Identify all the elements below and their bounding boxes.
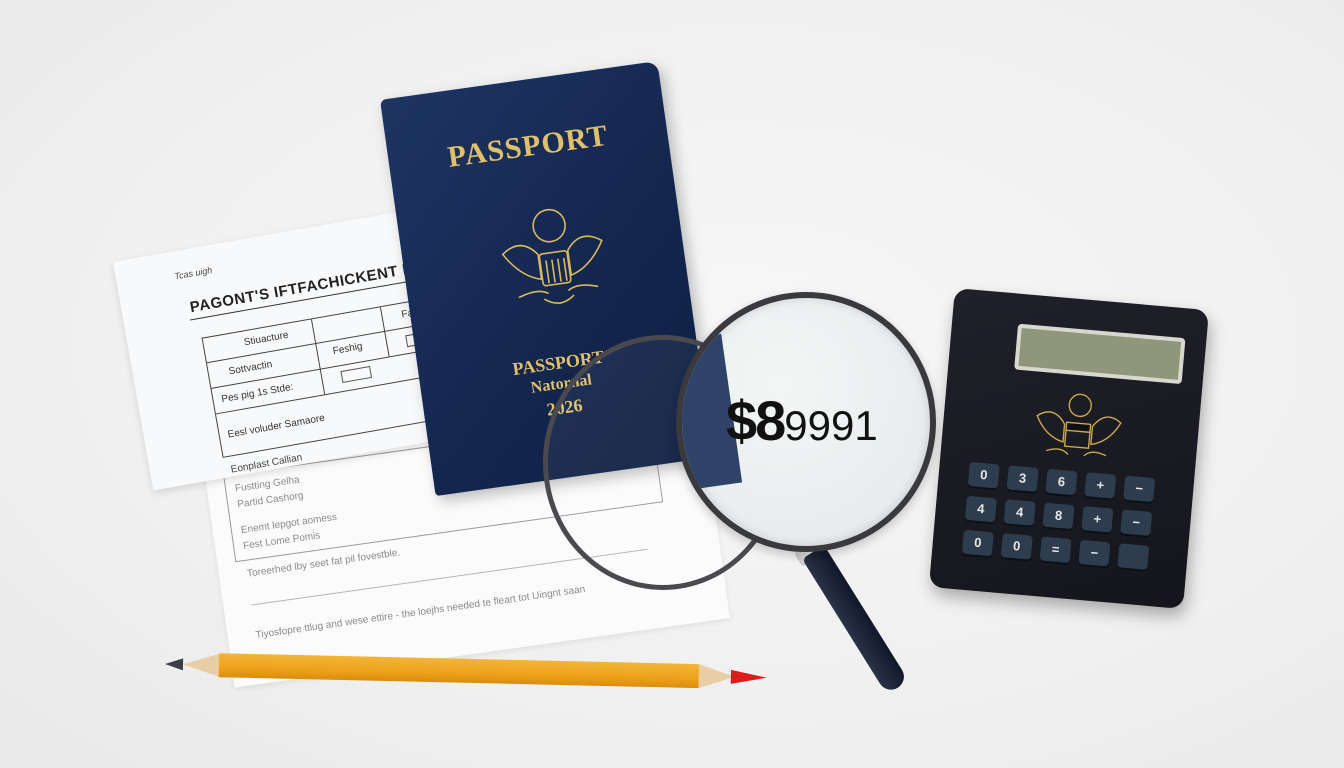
calc-key[interactable]: = [1040, 536, 1072, 563]
calculator-keypad: 0 3 6 + − 4 4 8 + − 0 0 = − [962, 462, 1155, 570]
calc-key[interactable]: − [1123, 476, 1155, 503]
form-checkbox[interactable] [340, 366, 372, 383]
eagle-seal-icon [1025, 383, 1132, 471]
magnified-price: $89991 [726, 388, 878, 453]
back-form-line: Tiyosfopre ttlug and wese ettire - the l… [255, 584, 586, 641]
table-row-label: Sottvactin [228, 359, 273, 377]
table-rule [311, 319, 325, 394]
pencil-red-tip [731, 670, 767, 685]
pencil-body [219, 653, 699, 688]
calc-key[interactable]: − [1078, 540, 1110, 567]
price-rest: 9991 [784, 402, 877, 449]
calc-key[interactable]: − [1120, 509, 1152, 536]
calculator: 0 3 6 + − 4 4 8 + − 0 0 = − [929, 288, 1209, 609]
pencil-graphite-tip [165, 658, 183, 670]
calc-key[interactable]: 4 [1004, 499, 1036, 526]
form-small-label: Tcas uigh [174, 265, 213, 281]
pencil-wood [699, 664, 736, 689]
passport-title: PASSPORT [387, 111, 669, 184]
magnifier-lens: $89991 [676, 292, 936, 552]
calc-key[interactable]: 4 [965, 496, 997, 523]
calc-key[interactable]: 8 [1043, 503, 1075, 530]
calc-key[interactable]: 0 [1001, 533, 1033, 560]
calc-key[interactable]: + [1081, 506, 1113, 533]
price-bold: $8 [726, 389, 784, 452]
table-row-label: Eesl voluder Samaore [227, 413, 326, 441]
magnifier-handle [802, 545, 909, 694]
calc-key[interactable]: 0 [962, 530, 994, 557]
calc-key[interactable]: + [1084, 472, 1116, 499]
table-subheader: Feshig [332, 341, 363, 357]
eagle-seal-icon [486, 190, 622, 326]
calc-key[interactable]: 0 [968, 462, 1000, 489]
table-header-left: Stiuacture [243, 330, 289, 349]
pencil [165, 650, 771, 694]
calc-key[interactable] [1117, 543, 1149, 570]
scene: Fustting Gelha Partid Cashorg Enemt lepg… [0, 0, 1344, 768]
calculator-display [1014, 324, 1185, 384]
calc-key[interactable]: 6 [1046, 469, 1078, 496]
pencil-wood [183, 652, 222, 677]
calc-key[interactable]: 3 [1007, 465, 1039, 492]
